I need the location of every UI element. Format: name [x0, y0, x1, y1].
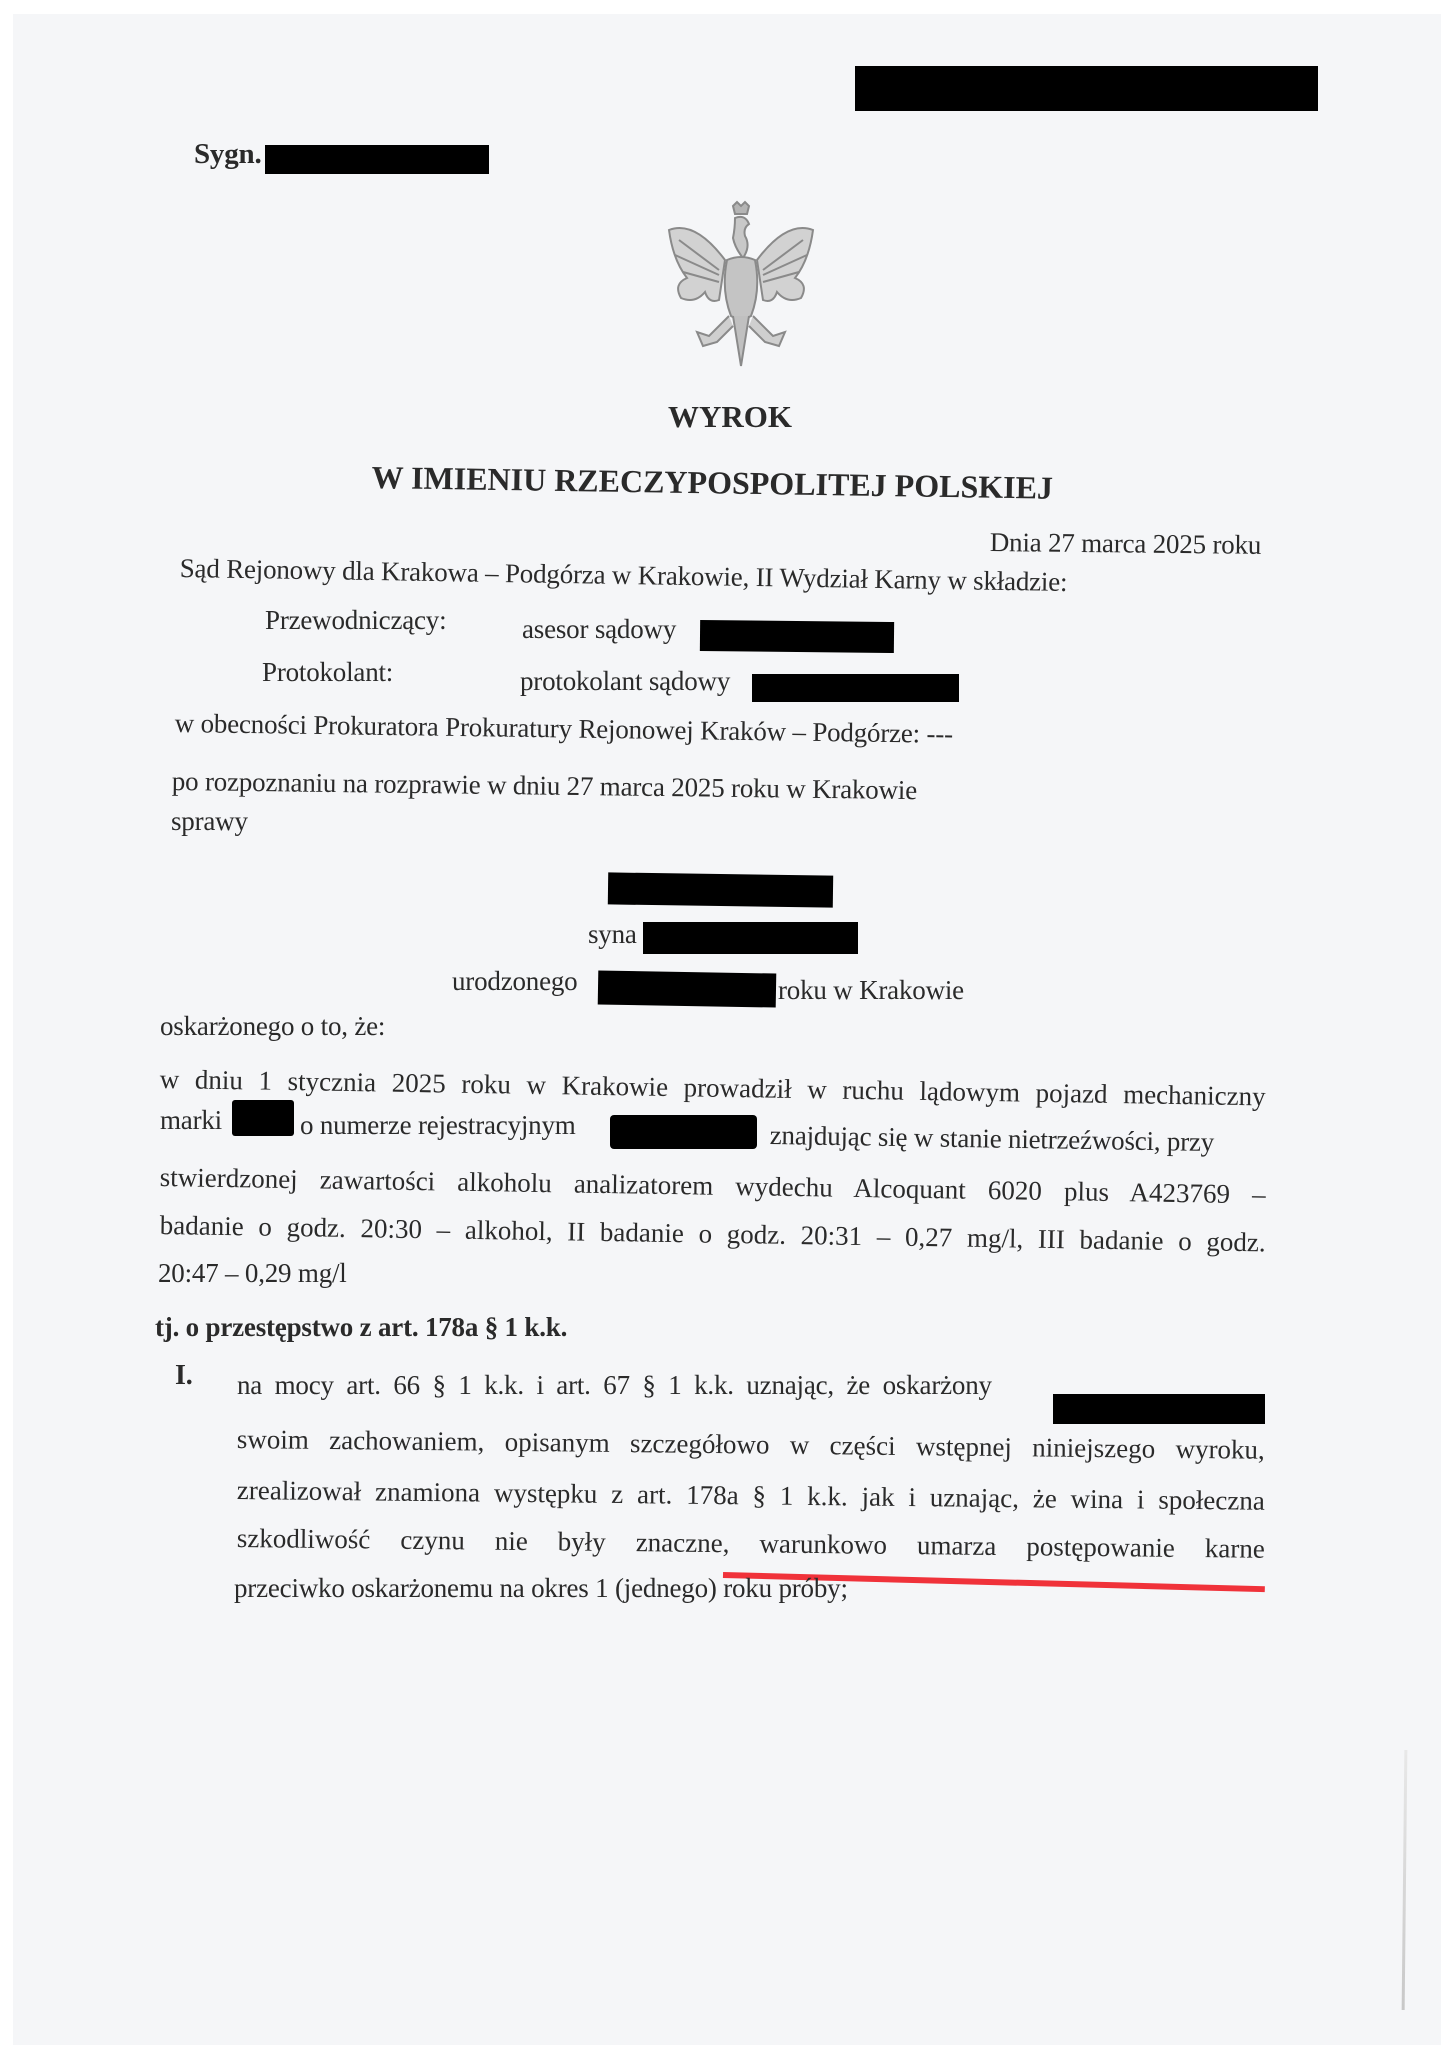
charge-line-5: 20:47 – 0,29 mg/l	[158, 1258, 347, 1289]
redaction-top-right	[855, 66, 1318, 111]
polish-eagle-emblem-icon	[663, 200, 819, 372]
son-of-label: syna	[588, 919, 637, 950]
case-word: sprawy	[171, 806, 248, 837]
clerk-value: protokolant sądowy	[520, 666, 730, 697]
charged-line: oskarżonego o to, że:	[160, 1011, 385, 1042]
ruling-numeral: I.	[175, 1360, 193, 1392]
ruling-line-5: przeciwko oskarżonemu na okres 1 (jedneg…	[234, 1573, 848, 1604]
redaction-vehicle-brand	[232, 1100, 294, 1136]
ruling-first-line: na mocy art. 66 § 1 k.k. i art. 67 § 1 k…	[237, 1370, 992, 1401]
signature-label: Sygn.	[194, 138, 262, 171]
redaction-registration-number	[610, 1115, 757, 1149]
presiding-label: Przewodniczący:	[265, 605, 446, 636]
redaction-defendant-name	[608, 872, 833, 907]
presiding-value: asesor sądowy	[522, 614, 676, 645]
redaction-birth-date	[598, 970, 777, 1007]
redaction-father-name	[643, 922, 858, 954]
charge-brand-label: marki	[160, 1105, 222, 1136]
born-suffix: roku w Krakowie	[778, 975, 964, 1006]
clerk-label: Protokolant:	[262, 657, 393, 688]
redaction-signature	[265, 145, 489, 174]
date-line: Dnia 27 marca 2025 roku	[990, 527, 1262, 561]
redaction-presiding-name	[700, 620, 894, 653]
redaction-defendant-name-2	[1053, 1394, 1265, 1424]
redaction-clerk-name	[752, 674, 959, 702]
charge-registration-label: o numerze rejestracyjnym	[300, 1110, 576, 1141]
born-label: urodzonego	[452, 966, 577, 997]
charge-qualification: tj. o przestępstwo z art. 178a § 1 k.k.	[155, 1312, 567, 1343]
document-title: WYROK	[668, 399, 792, 435]
